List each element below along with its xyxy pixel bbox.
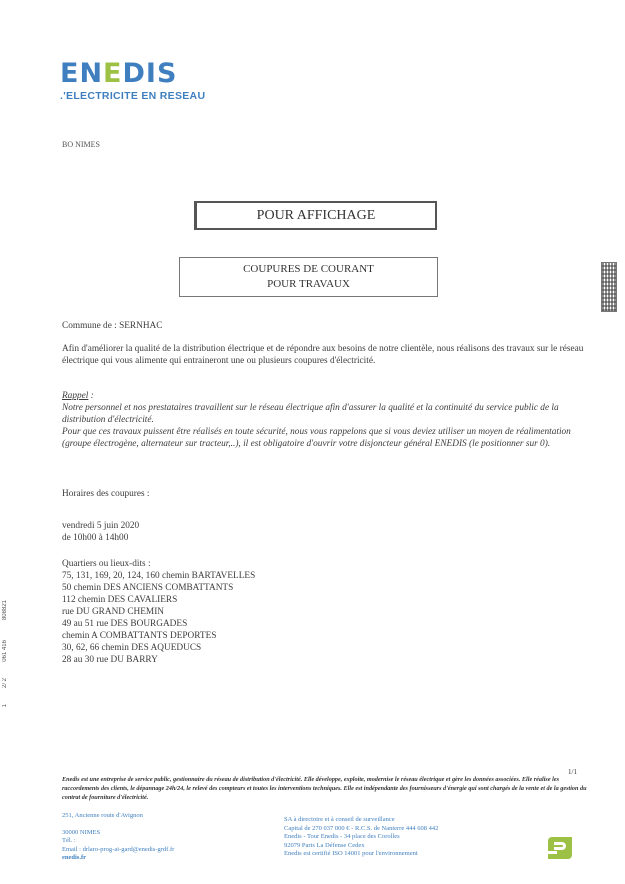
area-item: chemin A COMBATTANTS DEPORTES: [62, 630, 255, 642]
outage-time: de 10h00 à 14h00: [62, 532, 139, 544]
area-item: 75, 131, 169, 20, 124, 160 chemin BARTAV…: [62, 570, 255, 582]
reminder-label: Rappel: [62, 391, 88, 401]
reminder-paragraph-1: Notre personnel et nos prestataires trav…: [62, 402, 587, 426]
outage-schedule: vendredi 5 juin 2020 de 10h00 à 14h00: [62, 520, 139, 544]
footer-legal: SA à directoire et à conseil de surveill…: [284, 816, 438, 859]
areas-label: Quartiers ou lieux-dits :: [62, 558, 255, 570]
footer-website-link[interactable]: enedis.fr: [62, 854, 86, 861]
commune-line: Commune de : SERNHAC: [62, 320, 162, 332]
affected-areas: Quartiers ou lieux-dits : 75, 131, 169, …: [62, 558, 255, 666]
footer-address: 251, Ancienne route d'Avignon 30000 NIME…: [62, 812, 174, 863]
sender-office: BO NIMES: [62, 140, 100, 149]
schedule-label: Horaires des coupures :: [62, 488, 150, 500]
area-item: rue DU GRAND CHEMIN: [62, 606, 255, 618]
enedis-logo: ENEDIS .'ELECTRICITE EN RESEAU: [60, 60, 205, 102]
enedis-mark-icon: [548, 837, 572, 859]
subject-line-2: POUR TRAVAUX: [180, 277, 437, 292]
outage-date: vendredi 5 juin 2020: [62, 520, 139, 532]
logo-tagline: .'ELECTRICITE EN RESEAU: [60, 90, 205, 102]
datamatrix-barcode: [601, 262, 617, 312]
side-reference-codes: 808821 061 416 2/ 2 1: [2, 600, 14, 720]
company-description: Enedis est une entreprise de service pub…: [62, 775, 590, 802]
area-item: 50 chemin DES ANCIENS COMBATTANTS: [62, 582, 255, 594]
display-notice-box: POUR AFFICHAGE: [194, 201, 437, 230]
intro-paragraph: Afin d'améliorer la qualité de la distri…: [62, 343, 587, 367]
subject-box: COUPURES DE COURANT POUR TRAVAUX: [179, 257, 438, 297]
footer-email[interactable]: Email : drlaro-prog-ai-gard@enedis-grdf.…: [62, 846, 174, 855]
reminder-section: Rappel : Notre personnel et nos prestata…: [62, 390, 587, 450]
area-item: 28 au 30 rue DU BARRY: [62, 654, 255, 666]
area-item: 30, 62, 66 chemin DES AQUEDUCS: [62, 642, 255, 654]
reminder-paragraph-2: Pour que ces travaux puissent être réali…: [62, 426, 587, 450]
area-item: 112 chemin DES CAVALIERS: [62, 594, 255, 606]
logo-wordmark: ENEDIS: [60, 60, 205, 87]
subject-line-1: COUPURES DE COURANT: [180, 262, 437, 277]
area-item: 49 au 51 rue DES BOURGADES: [62, 618, 255, 630]
